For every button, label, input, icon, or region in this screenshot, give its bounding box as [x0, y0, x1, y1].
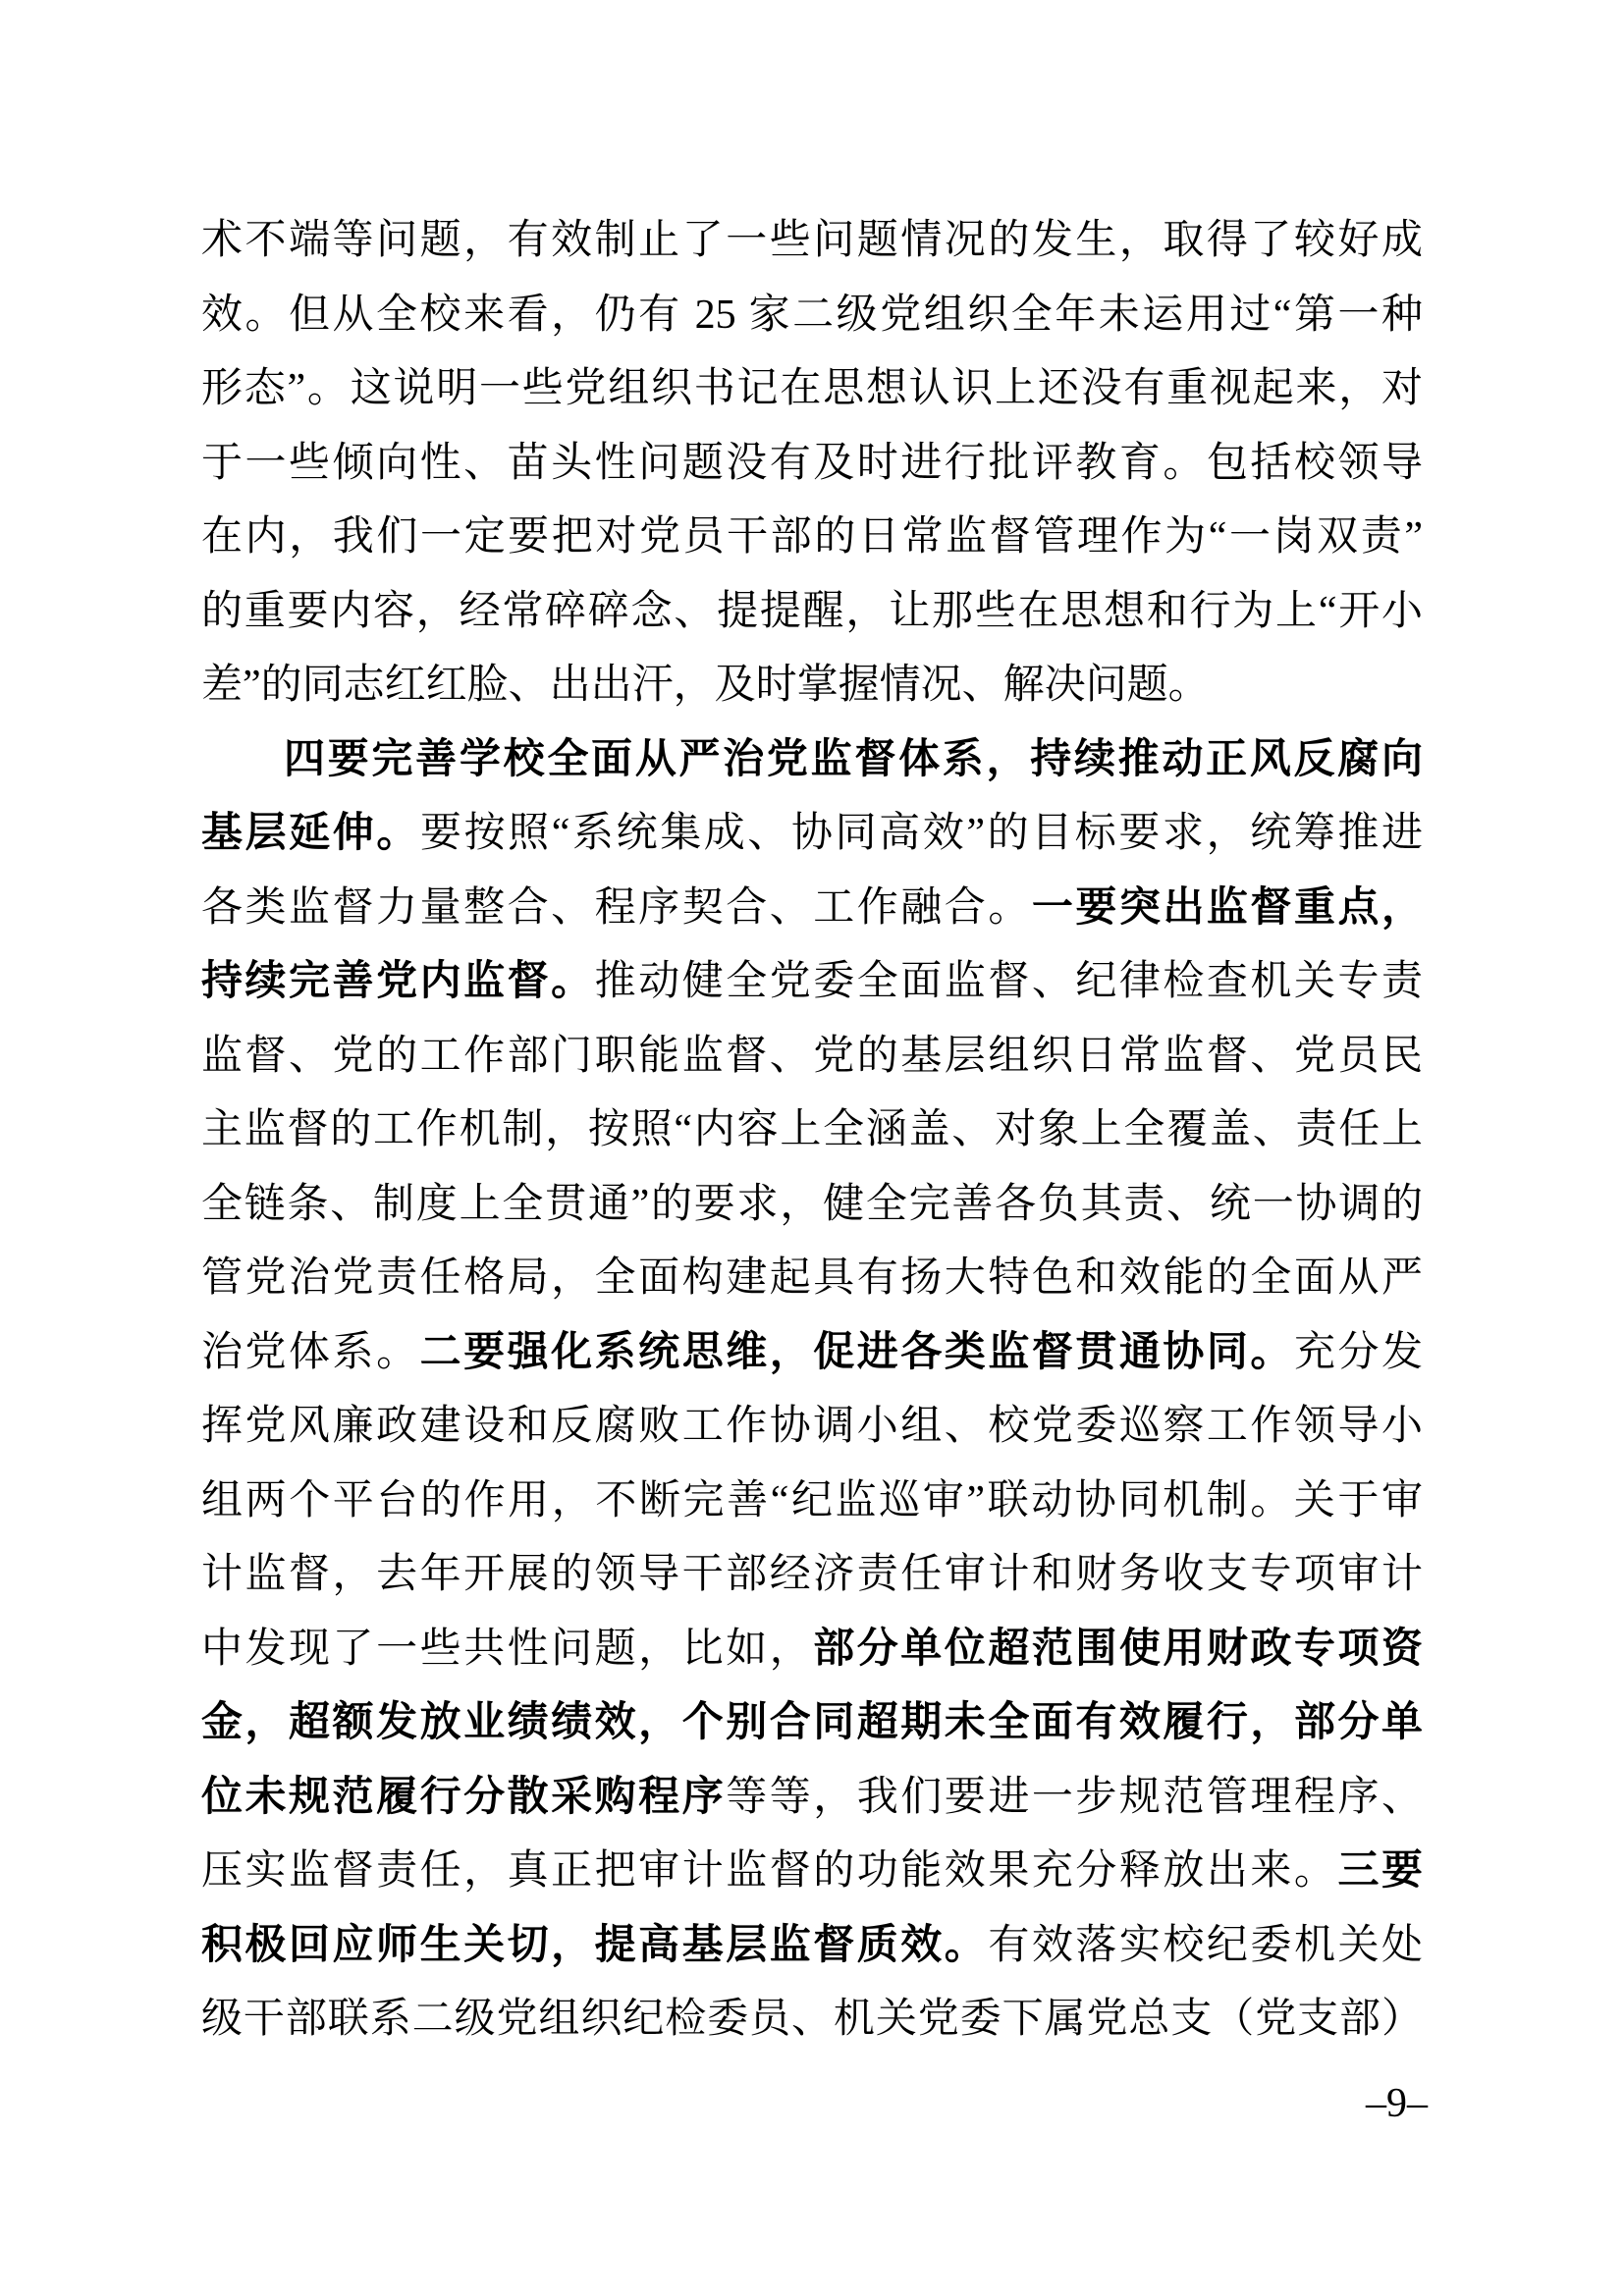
body-text-segment: 充分发: [1294, 1330, 1423, 1375]
text-line: 术不端等问题，有效制止了一些问题情况的发生，取得了较好成: [201, 204, 1423, 279]
emphasis-text-segment: 四要完善学校全面从严治党监督体系，持续推动正风反腐向: [284, 737, 1423, 782]
body-text-segment: 压实监督责任，真正把审计监督的功能效果充分释放出来。: [201, 1848, 1337, 1894]
text-line: 计监督，去年开展的领导干部经济责任审计和财务收支专项审计: [201, 1538, 1423, 1613]
text-line: 组两个平台的作用，不断完善“纪监巡审”联动协同机制。关于审: [201, 1465, 1423, 1539]
body-text-segment: 于一些倾向性、苗头性问题没有及时进行批评教育。包括校领导: [201, 441, 1423, 486]
body-text-segment: 差”的同志红红脸、出出汗，及时掌握情况、解决问题。: [201, 663, 1210, 708]
text-line: 压实监督责任，真正把审计监督的功能效果充分释放出来。三要: [201, 1835, 1423, 1909]
emphasis-text-segment: 积极回应师生关切，提高基层监督质效。: [201, 1923, 988, 1968]
emphasis-text-segment: 基层延伸。: [201, 811, 420, 856]
body-text-segment: 要按照“系统集成、协同高效”的目标要求，统筹推进: [420, 811, 1423, 856]
body-text-segment: 治党体系。: [201, 1330, 420, 1375]
emphasis-text-segment: 持续完善党内监督。: [201, 959, 595, 1004]
body-text-segment: 各类监督力量整合、程序契合、工作融合。: [201, 885, 1032, 931]
text-line: 差”的同志红红脸、出出汗，及时掌握情况、解决问题。: [201, 649, 1423, 723]
body-text-segment: 管党治党责任格局，全面构建起具有扬大特色和效能的全面从严: [201, 1255, 1423, 1301]
text-line: 位未规范履行分散采购程序等等，我们要进一步规范管理程序、: [201, 1761, 1423, 1836]
body-text-segment: 形态”。这说明一些党组织书记在思想认识上还没有重视起来，对: [201, 366, 1423, 411]
body-text-segment: 在内，我们一定要把对党员干部的日常监督管理作为“一岗双责”: [201, 514, 1423, 560]
body-text-segment: 有效落实校纪委机关处: [988, 1923, 1423, 1968]
document-body: 术不端等问题，有效制止了一些问题情况的发生，取得了较好成效。但从全校来看，仍有 …: [201, 204, 1423, 2057]
text-line: 效。但从全校来看，仍有 25 家二级党组织全年未运用过“第一种: [201, 279, 1423, 353]
text-line: 积极回应师生关切，提高基层监督质效。有效落实校纪委机关处: [201, 1909, 1423, 1984]
body-text-segment: 等等，我们要进一步规范管理程序、: [726, 1775, 1423, 1820]
emphasis-text-segment: 位未规范履行分散采购程序: [201, 1775, 726, 1820]
body-text-segment: 计监督，去年开展的领导干部经济责任审计和财务收支专项审计: [201, 1552, 1423, 1597]
page-number: –9–: [1366, 2079, 1428, 2128]
body-text-segment: 中发现了一些共性问题，比如，: [201, 1627, 813, 1672]
emphasis-text-segment: 二要强化系统思维，促进各类监督贯通协同。: [420, 1330, 1294, 1375]
body-text-segment: 监督、党的工作部门职能监督、党的基层组织日常监督、党员民: [201, 1034, 1423, 1079]
text-line: 在内，我们一定要把对党员干部的日常监督管理作为“一岗双责”: [201, 501, 1423, 575]
text-line: 各类监督力量整合、程序契合、工作融合。一要突出监督重点，: [201, 872, 1423, 946]
text-line: 全链条、制度上全贯通”的要求，健全完善各负其责、统一协调的: [201, 1168, 1423, 1243]
body-text-segment: 的重要内容，经常碎碎念、提提醒，让那些在思想和行为上“开小: [201, 589, 1423, 634]
text-line: 挥党风廉政建设和反腐败工作协调小组、校党委巡察工作领导小: [201, 1390, 1423, 1465]
text-line: 金，超额发放业绩绩效，个别合同超期未全面有效履行，部分单: [201, 1686, 1423, 1761]
body-text-segment: 推动健全党委全面监督、纪律检查机关专责: [595, 959, 1423, 1004]
text-line: 治党体系。二要强化系统思维，促进各类监督贯通协同。充分发: [201, 1316, 1423, 1391]
text-line: 四要完善学校全面从严治党监督体系，持续推动正风反腐向: [201, 723, 1423, 798]
body-text-segment: 效。但从全校来看，仍有 25 家二级党组织全年未运用过“第一种: [201, 293, 1423, 338]
text-line: 的重要内容，经常碎碎念、提提醒，让那些在思想和行为上“开小: [201, 575, 1423, 650]
emphasis-text-segment: 部分单位超范围使用财政专项资: [813, 1627, 1423, 1672]
body-text-segment: 术不端等问题，有效制止了一些问题情况的发生，取得了较好成: [201, 218, 1423, 263]
text-line: 持续完善党内监督。推动健全党委全面监督、纪律检查机关专责: [201, 945, 1423, 1020]
body-text-segment: 全链条、制度上全贯通”的要求，健全完善各负其责、统一协调的: [201, 1182, 1423, 1227]
text-line: 管党治党责任格局，全面构建起具有扬大特色和效能的全面从严: [201, 1242, 1423, 1316]
emphasis-text-segment: 金，超额发放业绩绩效，个别合同超期未全面有效履行，部分单: [201, 1700, 1423, 1745]
text-line: 中发现了一些共性问题，比如，部分单位超范围使用财政专项资: [201, 1613, 1423, 1687]
emphasis-text-segment: 一要突出监督重点，: [1032, 885, 1423, 931]
text-line: 级干部联系二级党组织纪检委员、机关党委下属党总支（党支部）: [201, 1983, 1423, 2057]
emphasis-text-segment: 三要: [1337, 1848, 1423, 1894]
body-text-segment: 主监督的工作机制，按照“内容上全涵盖、对象上全覆盖、责任上: [201, 1107, 1423, 1152]
body-text-segment: 挥党风廉政建设和反腐败工作协调小组、校党委巡察工作领导小: [201, 1404, 1423, 1449]
text-line: 基层延伸。要按照“系统集成、协同高效”的目标要求，统筹推进: [201, 797, 1423, 872]
text-line: 主监督的工作机制，按照“内容上全涵盖、对象上全覆盖、责任上: [201, 1094, 1423, 1168]
body-text-segment: 组两个平台的作用，不断完善“纪监巡审”联动协同机制。关于审: [201, 1478, 1423, 1523]
text-line: 形态”。这说明一些党组织书记在思想认识上还没有重视起来，对: [201, 352, 1423, 427]
body-text-segment: 级干部联系二级党组织纪检委员、机关党委下属党总支（党支部）: [201, 1997, 1423, 2042]
text-line: 于一些倾向性、苗头性问题没有及时进行批评教育。包括校领导: [201, 427, 1423, 502]
text-line: 监督、党的工作部门职能监督、党的基层组织日常监督、党员民: [201, 1020, 1423, 1095]
document-page: 术不端等问题，有效制止了一些问题情况的发生，取得了较好成效。但从全校来看，仍有 …: [0, 0, 1624, 2296]
